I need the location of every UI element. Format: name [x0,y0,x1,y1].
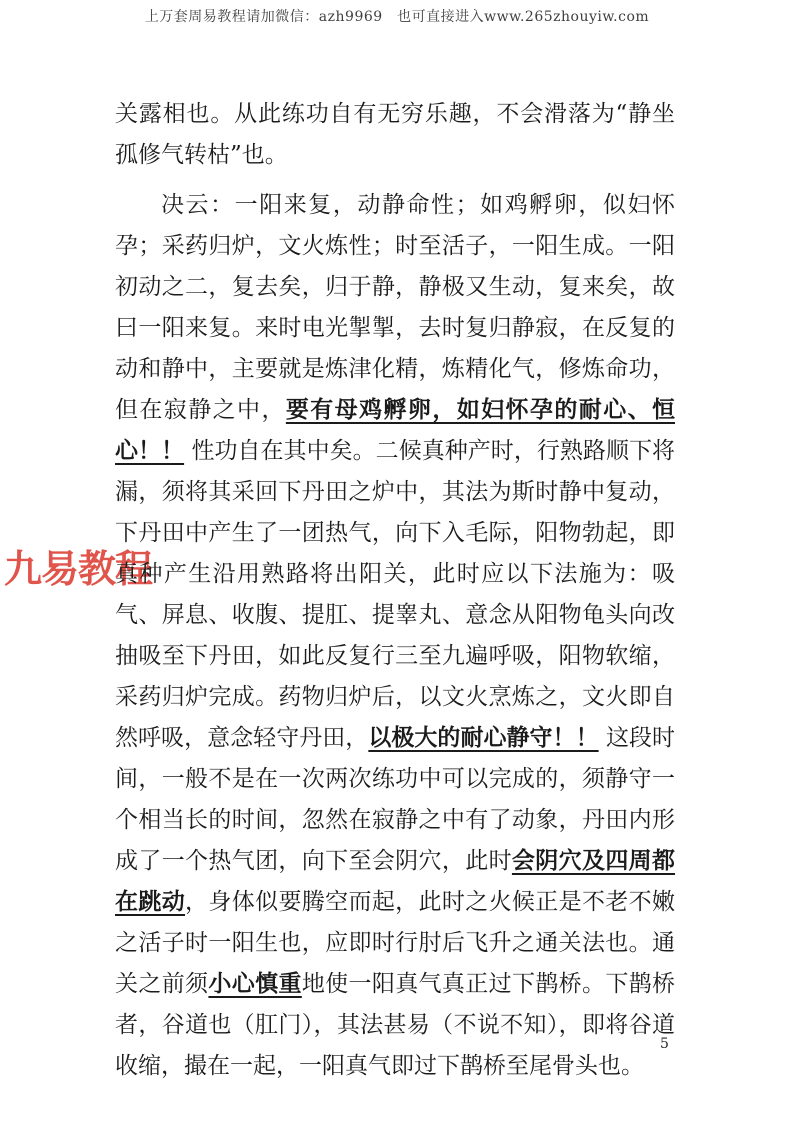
paragraph-1: 关露相也。从此练功自有无穷乐趣，不会滑落为“静坐孤修气转枯”也。 [115,94,675,176]
document-body: 关露相也。从此练功自有无穷乐趣，不会滑落为“静坐孤修气转枯”也。 决云：一阳来复… [115,94,675,1087]
page-header-promo-text: 上万套周易教程请加微信：azh9969 也可直接进入www.265zhouyiw… [0,6,794,26]
paragraph-2-segment-1: 决云：一阳来复，动静命性；如鸡孵卵，似妇怀孕；采药归炉，文火炼性；时至活子，一阳… [115,192,675,423]
paragraph-2-emphasis-4: 小心慎重 [208,971,301,997]
paragraph-2-segment-2: 性功自在其中矣。二候真种产时，行熟路顺下将漏，须将其采回下丹田之炉中，其法为斯时… [115,438,675,751]
paragraph-2: 决云：一阳来复，动静命性；如鸡孵卵，似妇怀孕；采药归炉，文火炼性；时至活子，一阳… [115,185,675,1087]
paragraph-2-emphasis-2: 以极大的耐心静守！！ [368,725,598,751]
document-page: 上万套周易教程请加微信：azh9969 也可直接进入www.265zhouyiw… [0,0,794,1123]
